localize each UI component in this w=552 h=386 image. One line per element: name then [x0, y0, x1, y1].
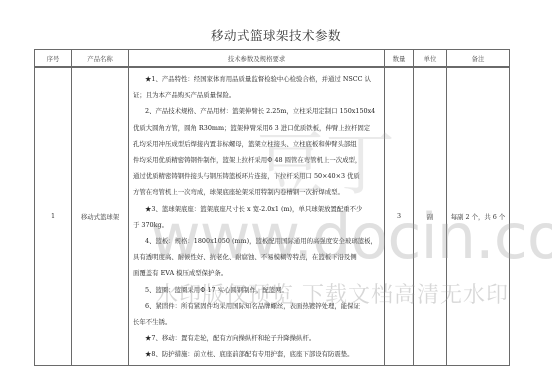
spec-line: 6、紧固件：所有紧固件均采用国际知名品牌螺丝，表面热镀锌处理，能保证	[133, 298, 381, 314]
header-index: 序号	[35, 50, 72, 68]
spec-line: ★3、篮球架底座：篮架底座尺寸长 x 宽-2.0x1 (m)，单只球架放置配重不…	[133, 201, 381, 217]
cell-product-name: 移动式篮球架	[72, 67, 129, 365]
header-unit: 单位	[414, 50, 447, 68]
spec-line: 通过优质精密铸钢件接头与钢压铸篮板环片连接，下拉杆采用口 50×40×3 优质	[133, 168, 381, 184]
spec-line: 孔均采用冲压成型后焊接内置非标螺母，篮架立柱接头、立柱底板和伸臂头部组	[133, 136, 381, 152]
cell-unit: 副	[414, 67, 447, 365]
spec-line: ★1、产品特性：经国家体育用品质量监督检验中心检验合格，并通过 NSCC 认	[133, 71, 381, 87]
spec-line: ★7、移动：置有走轮，配有方向操纵杆和轮子升降操纵杆。	[133, 330, 381, 346]
spec-line: 证；且为本产品购买产品质量保险。	[133, 87, 381, 103]
spec-line: 2、产品技术规格、产品用材：篮架伸臂长 2.25m，立柱采用定制口 150x15…	[133, 103, 381, 119]
spec-line: 具有透明度高、耐候性好、抗老化、耐腐蚀、不易模糊等特点，在篮板下沿及侧	[133, 249, 381, 265]
table-header-row: 序号 产品名称 技术参数及规格要求 数量 单位 备注	[35, 50, 510, 68]
spec-line: 件均采用优质精密铸钢件制作，篮架上拉杆采用Φ 48 圆管在弯管机上一次成型，	[133, 152, 381, 168]
table-row: 1 移动式篮球架 ★1、产品特性：经国家体育用品质量监督检验中心检验合格，并通过…	[35, 67, 510, 365]
cell-note: 每副 2 个，共 6 个	[447, 67, 510, 365]
spec-line: ★8、防护措施：前立柱、底座前部配有专用护套，底座下部设有防震垫。	[133, 346, 381, 362]
header-spec: 技术参数及规格要求	[129, 50, 385, 68]
header-note: 备注	[447, 50, 510, 68]
header-product-name: 产品名称	[72, 50, 129, 68]
document-title: 移动式篮球架技术参数	[0, 26, 552, 44]
spec-line: 长年不生锈。	[133, 314, 381, 330]
cell-spec: ★1、产品特性：经国家体育用品质量监督检验中心检验合格，并通过 NSCC 认 证…	[129, 67, 385, 365]
cell-quantity: 3	[385, 67, 414, 365]
cell-index: 1	[35, 67, 72, 365]
spec-table: 序号 产品名称 技术参数及规格要求 数量 单位 备注 1 移动式篮球架 ★1、产…	[34, 49, 510, 366]
spec-line: 方管在弯管机上一次弯成，球架底座轮架采用特制内卷槽钢一次折焊成型。	[133, 184, 381, 200]
spec-line: 4、篮板：规格：1800x1050 (mm)，篮板配用国际通用的高强度安全玻璃篮…	[133, 233, 381, 249]
spec-line: 于 370kg。	[133, 217, 381, 233]
spec-line: 5、篮圈：篮圈采用Φ 17 实心圆钢制作，配篮网。	[133, 282, 381, 298]
spec-line: 优质大圆角方管，圆角 R30mm；篮架伸臂采用δ 3 进口优质铁板，伸臂上拉杆固…	[133, 120, 381, 136]
spec-line: 面覆盖有 EVA 模压成型保护条。	[133, 265, 381, 281]
header-quantity: 数量	[385, 50, 414, 68]
